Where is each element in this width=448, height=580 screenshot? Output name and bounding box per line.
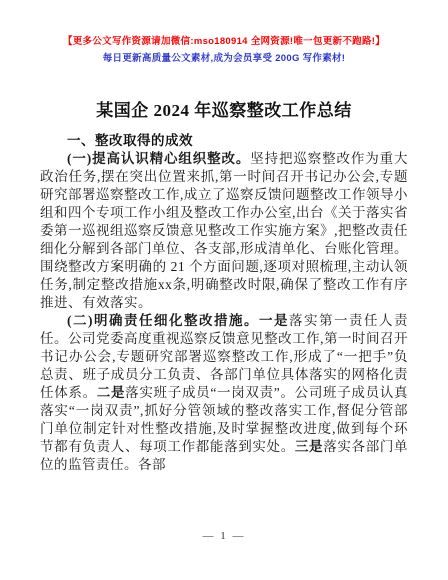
- promo-banner-line2: 每日更新高质量公文素材,成为会员享受 200G 写作素材!: [0, 52, 448, 65]
- paragraph-2-seg3-label: 三是: [295, 439, 323, 454]
- promo-banner: 【更多公文写作资源请加微信:mso180914 全网资源!唯一包更新不跑路!】 …: [0, 0, 448, 65]
- paragraph-1-lead: (一)提高认识精心组织整改。: [67, 151, 250, 166]
- section-heading: 一、整改取得的成效: [40, 132, 408, 150]
- paragraph-2-seg2-label: 二是: [97, 385, 125, 400]
- paragraph-2: (二)明确责任细化整改措施。一是落实第一责任人责任。公司党委高度重视巡察反馈意见…: [40, 312, 408, 474]
- promo-banner-line1: 【更多公文写作资源请加微信:mso180914 全网资源!唯一包更新不跑路!】: [0, 35, 448, 48]
- document-page: 【更多公文写作资源请加微信:mso180914 全网资源!唯一包更新不跑路!】 …: [0, 0, 448, 580]
- document-title: 某国企 2024 年巡察整改工作总结: [40, 96, 408, 121]
- document-body: 某国企 2024 年巡察整改工作总结 一、整改取得的成效 (一)提高认识精心组织…: [0, 96, 448, 474]
- paragraph-1-text: 坚持把巡察整改作为重大政治任务,摆在突出位置来抓,第一时间召开书记办公会,专题研…: [40, 151, 408, 310]
- page-number: — 1 —: [0, 530, 448, 542]
- paragraph-1: (一)提高认识精心组织整改。坚持把巡察整改作为重大政治任务,摆在突出位置来抓,第…: [40, 150, 408, 312]
- paragraph-2-lead: (二)明确责任细化整改措施。: [67, 313, 259, 328]
- paragraph-2-seg1-label: 一是: [259, 313, 289, 328]
